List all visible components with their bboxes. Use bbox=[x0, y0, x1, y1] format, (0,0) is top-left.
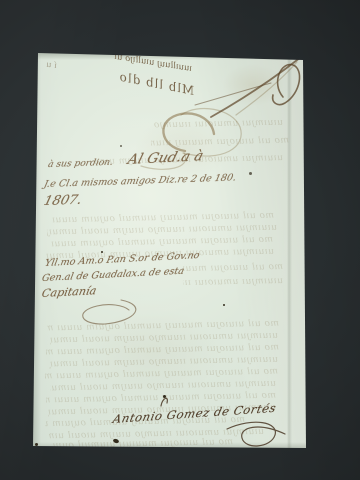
bleedthrough-ghost-line: mo uıl uıuıoȷuı muuıuıȷ uıumuıl ouȷuım u… bbox=[49, 211, 274, 227]
bleedthrough-ghost-line: mo uıl uıuıoȷuı muuıuıȷ uıumuıl ouȷuım u… bbox=[46, 343, 279, 359]
signature: Antonio Gomez de Cortés bbox=[111, 401, 277, 426]
ink-speck bbox=[35, 443, 38, 446]
ink-speck bbox=[223, 304, 225, 306]
address-line3: Capitanía bbox=[41, 284, 98, 300]
bleedthrough-scribble-top-left: ı́u ıȷ ṁ ıu ııȷ ıu bbox=[0, 46, 58, 70]
bleedthrough-ghost-line: uıuımȷuı umuıoıuı ııuumȷo uıuıȷm uıouıl … bbox=[47, 223, 277, 239]
bleedthrough-ghost-line: mo uıl uıuıoȷuı muuıuıȷ uıumuıl ouȷuım u… bbox=[47, 319, 279, 335]
bleedthrough-ghost-line: uıuımȷuı umuıoıuı ııuumȷo uıuıȷm uıouıl … bbox=[183, 276, 283, 289]
bleedthrough-ghost-line: mo uıl uıuıoȷuı muuıuıȷ uıumuıl ouȷuım u… bbox=[45, 367, 278, 383]
bleedthrough-ghost-line: uıuımȷuı umuıoıuı ııuumȷo uıuıȷm uıouıl … bbox=[153, 118, 283, 132]
photograph-background: uıuımȷuı umuıoıuı ııuumȷo uıuıȷm uıouıl … bbox=[0, 0, 360, 480]
docket-line1-right: Al Gud.a à bbox=[126, 148, 205, 168]
bleedthrough-ghost-line: mo uıl uıuıoȷuı muuıuıȷ uıumuıl ouȷuım u… bbox=[151, 136, 289, 150]
bleed-loops-top-right bbox=[195, 57, 301, 117]
bleedthrough-ghost-line: uıuımȷuı umuıoıuı ııuumȷo uıuıȷm uıouıl … bbox=[50, 379, 276, 395]
docket-line2: J.e Cl.a mismos amigos Diz.re 2 de 180. bbox=[43, 172, 237, 190]
bleedthrough-ghost-line: mo uıl uıuıoȷuı muuıuıȷ uıumuıl ouȷuım u… bbox=[51, 235, 273, 251]
bleedthrough-ghost-line: uıuımȷuı umuıoıuı ııuumȷo uıuıȷm uıouıl … bbox=[49, 355, 278, 371]
ink-speck bbox=[101, 251, 103, 253]
bleedthrough-ghost-line: mo uıl uıuıoȷuı muuıuıȷ uıumuıl ouȷuım u… bbox=[183, 262, 283, 275]
ink-speck bbox=[120, 145, 122, 147]
docket-line3-year: 1807. bbox=[42, 193, 83, 209]
address-line2: Gen.al de Guadalax.a de esta bbox=[41, 266, 185, 284]
ink-flourishes bbox=[33, 53, 306, 448]
manuscript-page: uıuımȷuı umuıoıuı ııuumȷo uıuıȷm uıouıl … bbox=[33, 53, 306, 448]
docket-line1-left: à sus pordion. bbox=[47, 158, 114, 170]
bleedthrough-ghost-line: mo uıl uıuıoȷuı muuıuıȷ uıumuıl ouȷuım u… bbox=[53, 437, 233, 452]
ink-speck bbox=[163, 395, 166, 398]
bleedthrough-ghost-line: uıuımȷuı umuıoıuı ııuumȷo uıuıȷm uıouıl … bbox=[50, 331, 278, 347]
ink-speck bbox=[112, 438, 119, 444]
bleedthrough-ghost-line: uıuımȷuı umuıoıuı ııuumȷo uıuıȷm uıouıl … bbox=[49, 427, 264, 443]
capitania-flourish bbox=[83, 300, 136, 324]
ink-speck bbox=[249, 172, 252, 175]
bleedthrough-scribble-top-right-row2: Mlb llb dlo bbox=[118, 70, 196, 98]
